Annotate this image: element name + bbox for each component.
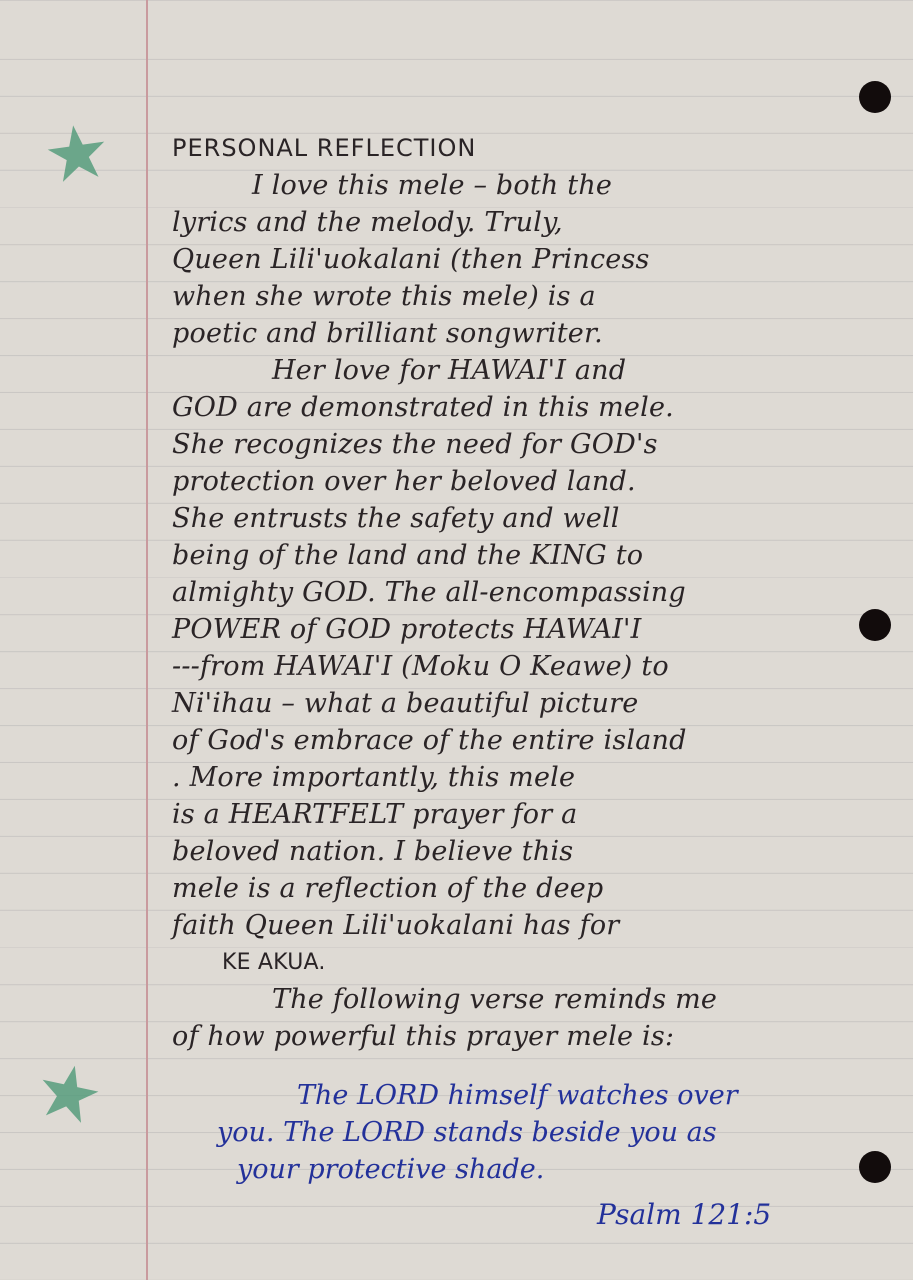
text-line: when she wrote this mele) is a <box>172 278 872 315</box>
text-line: Her love for HAWAI'I and <box>172 352 872 389</box>
text-line: almighty GOD. The all-encompassing <box>172 574 872 611</box>
text-line: Queen Lili'uokalani (then Princess <box>172 241 872 278</box>
text-line: beloved nation. I believe this <box>172 833 872 870</box>
text-line: ---from HAWAI'I (Moku O Keawe) to <box>172 648 872 685</box>
notebook-page: PERSONAL REFLECTION I love this mele – b… <box>0 0 913 1280</box>
text-line: lyrics and the melody. Truly, <box>172 204 872 241</box>
verse-reference: Psalm 121:5 <box>217 1198 872 1231</box>
text-line: Ni'ihau – what a beautiful picture <box>172 685 872 722</box>
text-line: being of the land and the KING to <box>172 537 872 574</box>
text-line: The following verse reminds me <box>172 981 872 1018</box>
text-line: She entrusts the safety and well <box>172 500 872 537</box>
text-line: of how powerful this prayer mele is: <box>172 1018 872 1055</box>
text-line: protection over her beloved land. <box>172 463 872 500</box>
text-line: GOD are demonstrated in this mele. <box>172 389 872 426</box>
verse-line: your protective shade. <box>217 1151 872 1188</box>
green-star-icon <box>42 118 112 188</box>
text-line: POWER of GOD protects HAWAI'I <box>172 611 872 648</box>
margin-line <box>146 0 148 1280</box>
text-line: She recognizes the need for GOD's <box>172 426 872 463</box>
text-line: KE AKUA. <box>172 944 872 981</box>
text-line: mele is a reflection of the deep <box>172 870 872 907</box>
green-star-icon <box>32 1056 106 1130</box>
text-line: poetic and brilliant songwriter. <box>172 315 872 352</box>
verse-line: The LORD himself watches over <box>217 1077 872 1114</box>
text-line: faith Queen Lili'uokalani has for <box>172 907 872 944</box>
text-line: . More importantly, this mele <box>172 759 872 796</box>
verse-line: you. The LORD stands beside you as <box>217 1114 872 1151</box>
hole-punch-top <box>859 81 891 113</box>
text-line: of God's embrace of the entire island <box>172 722 872 759</box>
page-title: PERSONAL REFLECTION <box>172 130 872 167</box>
text-line: I love this mele – both the <box>172 167 872 204</box>
scripture-verse: The LORD himself watches over you. The L… <box>172 1077 872 1231</box>
reflection-text: PERSONAL REFLECTION I love this mele – b… <box>172 130 872 1231</box>
text-line: is a HEARTFELT prayer for a <box>172 796 872 833</box>
